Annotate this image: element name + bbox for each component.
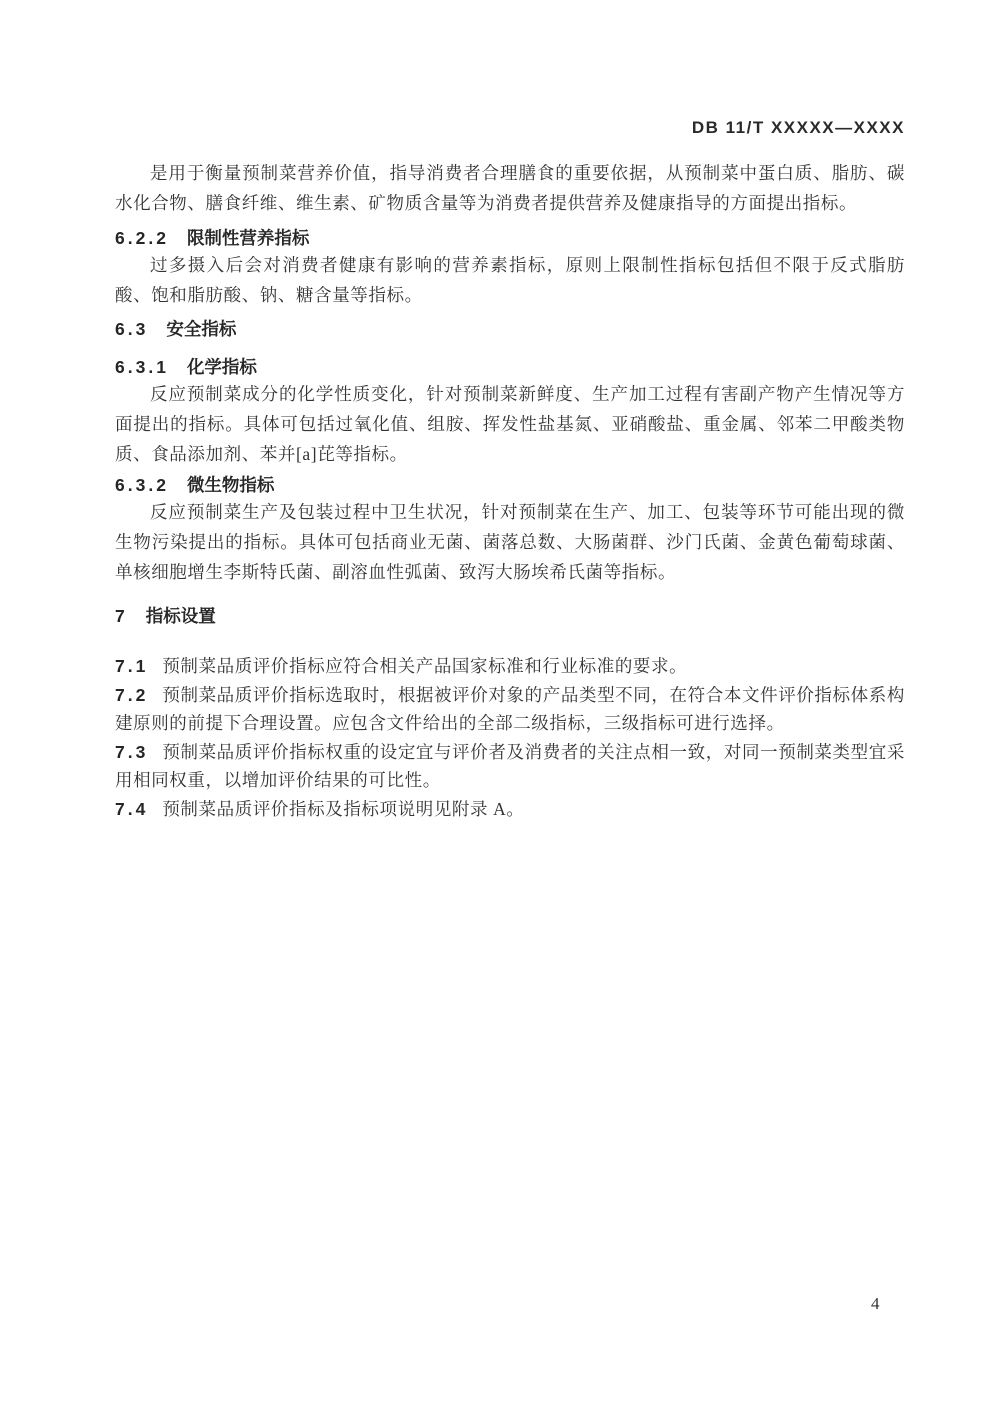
- section-title: 化学指标: [187, 357, 257, 377]
- section-title: 限制性营养指标: [187, 228, 310, 248]
- section-title: 微生物指标: [187, 475, 275, 495]
- section-heading-6-3: 6.3安全指标: [115, 317, 905, 341]
- section-heading-6-3-2: 6.3.2微生物指标: [115, 473, 905, 497]
- section-number: 6.3.2: [115, 475, 169, 495]
- section-heading-6-3-1: 6.3.1化学指标: [115, 355, 905, 379]
- paragraph-6-3-1: 反应预制菜成分的化学性质变化，针对预制菜新鲜度、生产加工过程有害副产物产生情况等…: [115, 379, 905, 469]
- section-title: 安全指标: [166, 319, 236, 339]
- section-number: 6.2.2: [115, 228, 169, 248]
- clause-number: 7.2: [115, 685, 148, 705]
- clause-text: 预制菜品质评价指标应符合相关产品国家标准和行业标准的要求。: [162, 656, 687, 676]
- doc-code-header: DB 11/T XXXXX—XXXX: [115, 118, 905, 138]
- chapter-heading-7: 7指标设置: [115, 604, 905, 628]
- section-number: 6.3: [115, 319, 148, 339]
- chapter-number: 7: [115, 606, 128, 626]
- clause-text: 预制菜品质评价指标权重的设定宜与评价者及消费者的关注点相一致，对同一预制菜类型宜…: [115, 742, 905, 791]
- clause-number: 7.1: [115, 656, 148, 676]
- clause-7-4: 7.4预制菜品质评价指标及指标项说明见附录 A。: [115, 795, 905, 824]
- clause-text: 预制菜品质评价指标选取时，根据被评价对象的产品类型不同，在符合本文件评价指标体系…: [115, 685, 905, 734]
- intro-paragraph: 是用于衡量预制菜营养价值，指导消费者合理膳食的重要依据，从预制菜中蛋白质、脂肪、…: [115, 158, 905, 218]
- document-page: DB 11/T XXXXX—XXXX 是用于衡量预制菜营养价值，指导消费者合理膳…: [0, 0, 1000, 1414]
- paragraph-6-2-2: 过多摄入后会对消费者健康有影响的营养素指标，原则上限制性指标包括但不限于反式脂肪…: [115, 250, 905, 310]
- clause-7-2: 7.2预制菜品质评价指标选取时，根据被评价对象的产品类型不同，在符合本文件评价指…: [115, 681, 905, 738]
- clause-number: 7.3: [115, 742, 148, 762]
- page-number: 4: [871, 1294, 880, 1314]
- paragraph-6-3-2: 反应预制菜生产及包装过程中卫生状况，针对预制菜在生产、加工、包装等环节可能出现的…: [115, 497, 905, 587]
- section-heading-6-2-2: 6.2.2限制性营养指标: [115, 226, 905, 250]
- section-number: 6.3.1: [115, 357, 169, 377]
- clause-7-1: 7.1预制菜品质评价指标应符合相关产品国家标准和行业标准的要求。: [115, 652, 905, 681]
- document-content: 是用于衡量预制菜营养价值，指导消费者合理膳食的重要依据，从预制菜中蛋白质、脂肪、…: [115, 158, 905, 823]
- chapter-title: 指标设置: [146, 606, 216, 626]
- clause-list: 7.1预制菜品质评价指标应符合相关产品国家标准和行业标准的要求。 7.2预制菜品…: [115, 652, 905, 823]
- clause-7-3: 7.3预制菜品质评价指标权重的设定宜与评价者及消费者的关注点相一致，对同一预制菜…: [115, 738, 905, 795]
- clause-number: 7.4: [115, 799, 148, 819]
- clause-text: 预制菜品质评价指标及指标项说明见附录 A。: [162, 799, 524, 819]
